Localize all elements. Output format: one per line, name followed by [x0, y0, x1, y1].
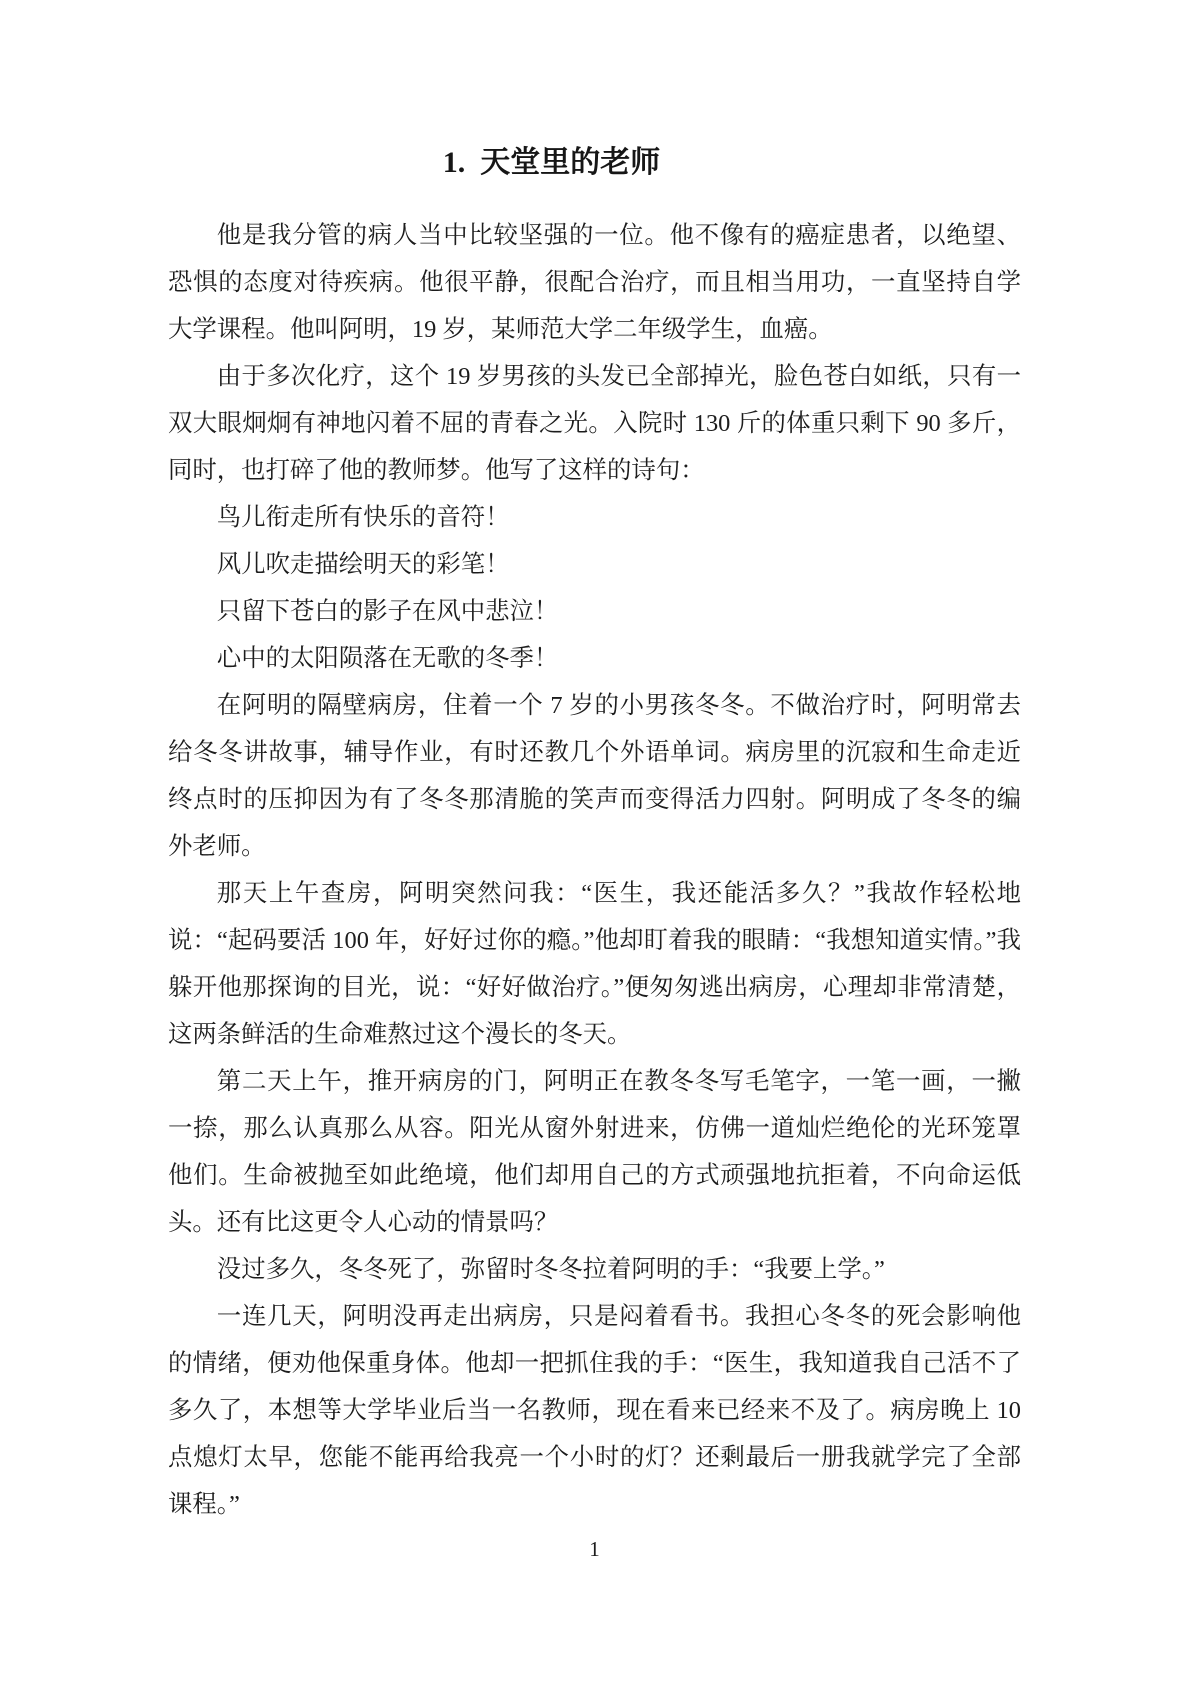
paragraph: 他是我分管的病人当中比较坚强的一位。他不像有的癌症患者，以绝望、恐惧的态度对待疾…	[168, 212, 1021, 353]
document-body: 他是我分管的病人当中比较坚强的一位。他不像有的癌症患者，以绝望、恐惧的态度对待疾…	[168, 212, 1021, 1528]
page-title: 1. 天堂里的老师	[125, 143, 978, 183]
paragraph: 第二天上午，推开病房的门，阿明正在教冬冬写毛笔字，一笔一画，一撇一捺，那么认真那…	[168, 1058, 1021, 1246]
paragraph: 没过多久，冬冬死了，弥留时冬冬拉着阿明的手：“我要上学。”	[168, 1246, 1021, 1293]
verse-line: 风儿吹走描绘明天的彩笔！	[168, 541, 1021, 588]
verse-line: 只留下苍白的影子在风中悲泣！	[168, 588, 1021, 635]
paragraph: 一连几天，阿明没再走出病房，只是闷着看书。我担心冬冬的死会影响他的情绪，便劝他保…	[168, 1293, 1021, 1528]
paragraph: 在阿明的隔壁病房，住着一个 7 岁的小男孩冬冬。不做治疗时，阿明常去给冬冬讲故事…	[168, 682, 1021, 870]
paragraph: 那天上午查房，阿明突然问我：“医生，我还能活多久？”我故作轻松地说：“起码要活 …	[168, 870, 1021, 1058]
page-number: 1	[168, 1536, 1021, 1562]
verse-line: 鸟儿衔走所有快乐的音符！	[168, 494, 1021, 541]
paragraph: 由于多次化疗，这个 19 岁男孩的头发已全部掉光，脸色苍白如纸，只有一双大眼炯炯…	[168, 353, 1021, 494]
document-page: 1. 天堂里的老师 他是我分管的病人当中比较坚强的一位。他不像有的癌症患者，以绝…	[0, 0, 1191, 1684]
verse-line: 心中的太阳陨落在无歌的冬季！	[168, 635, 1021, 682]
